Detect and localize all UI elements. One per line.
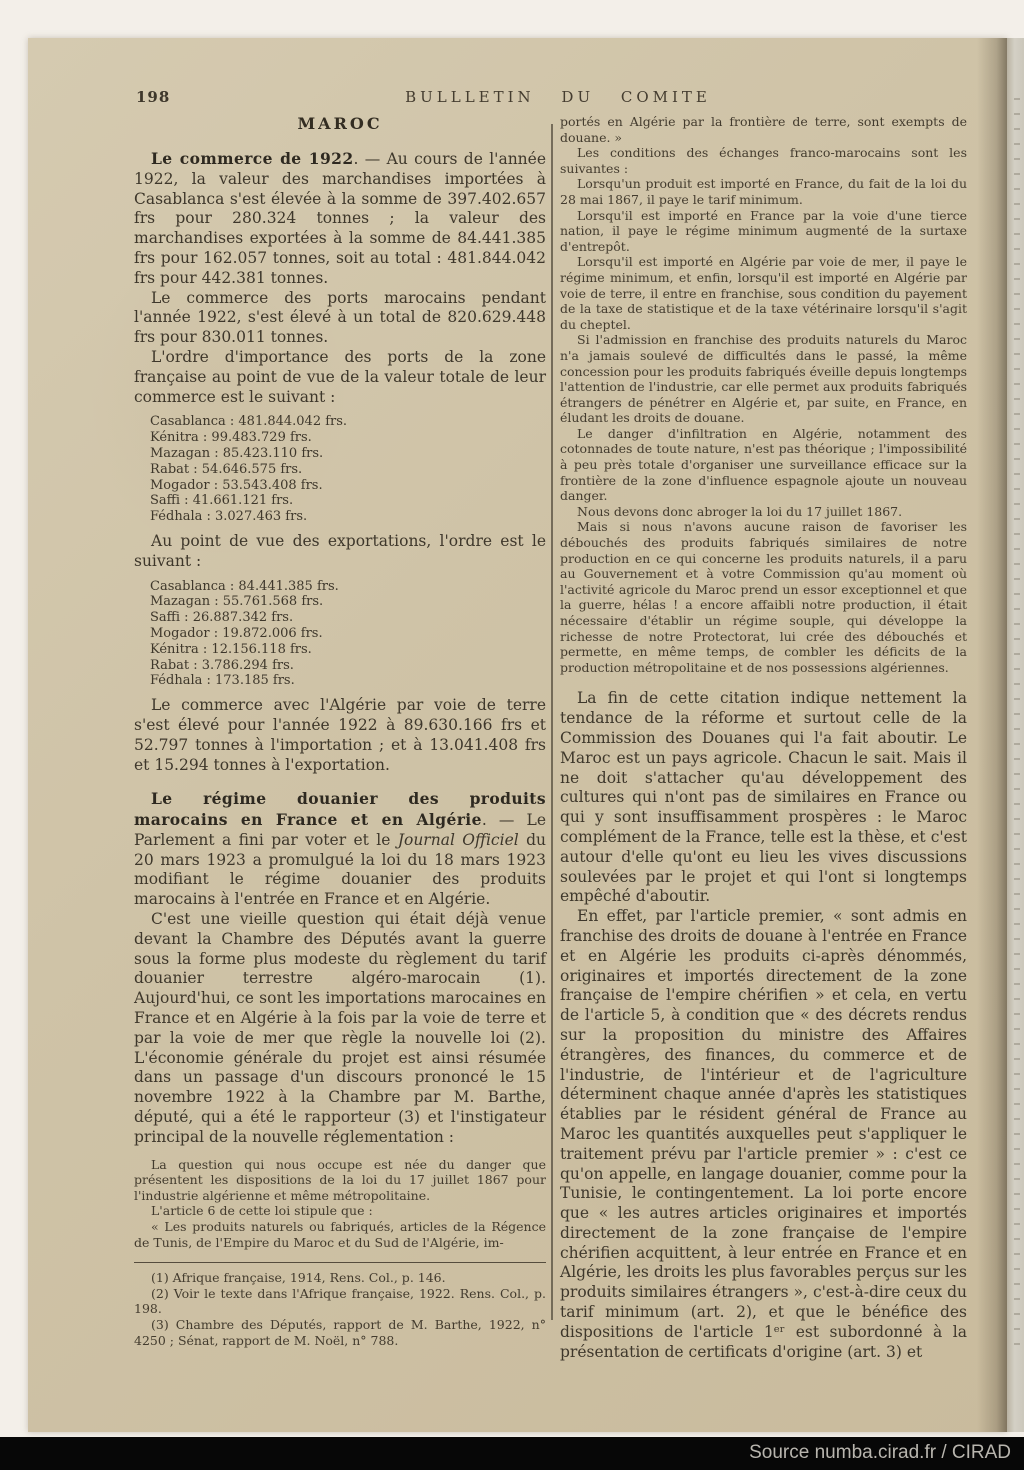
quote-paragraph: Nous devons donc abroger la loi du 17 ju… [560,504,967,520]
paragraph-commerce-algerie: Le commerce avec l'Algérie par voie de t… [134,696,546,775]
paragraph-ports-total: Le commerce des ports marocains pendant … [134,289,546,348]
paragraph-text: Le danger d'infiltration en Algérie, not… [560,426,967,503]
quote-paragraph: Les conditions des échanges franco-maroc… [560,145,967,176]
paragraph-text: Si l'admission en franchise des produits… [560,332,967,425]
port-list-item: Mogador : 53.543.408 frs. [150,478,546,494]
paragraph-text: En effet, par l'article premier, « sont … [560,907,967,1361]
quote-paragraph: Lorsqu'il est importé en France par la v… [560,208,967,255]
quote-paragraph: Lorsqu'un produit est importé en France,… [560,176,967,207]
port-list-item: Rabat : 54.646.575 frs. [150,462,546,478]
paragraph-lead: Le commerce de 1922 [151,149,354,168]
scanned-page: 198 BULLLETIN DU COMITE MAROC Le commerc… [28,38,1007,1432]
paragraph-text: La fin de cette citation indique netteme… [560,689,967,905]
quote-paragraph: Mais si nous n'avons aucune raison de fa… [560,519,967,675]
quote-paragraph: L'article 6 de cette loi stipule que : [134,1203,546,1219]
quoted-speech-block: La question qui nous occupe est née du d… [134,1157,546,1251]
port-list-item: Kénitra : 12.156.118 frs. [150,642,546,658]
paragraph-text: Au point de vue des exportations, l'ordr… [134,532,546,570]
binding-gutter-shadow [977,38,1007,1432]
source-attribution-bar: Source numba.cirad.fr / CIRAD [0,1437,1024,1470]
quote-paragraph: Lorsqu'il est importé en Algérie par voi… [560,254,967,332]
port-list-item: Rabat : 3.786.294 frs. [150,658,546,674]
paragraph-exportations: Au point de vue des exportations, l'ordr… [134,532,546,572]
footnote-separator [134,1262,546,1263]
paragraph-text: Le commerce des ports marocains pendant … [134,289,546,347]
paragraph-text: Les conditions des échanges franco-maroc… [560,145,967,176]
port-list-item: Casablanca : 481.844.042 frs. [150,414,546,430]
port-list-item: Mazagan : 85.423.110 frs. [150,446,546,462]
port-list-item: Mazagan : 55.761.568 frs. [150,594,546,610]
footnote: (1) Afrique française, 1914, Rens. Col.,… [134,1270,546,1286]
paragraph-regime-douanier: Le régime douanier des produits marocain… [134,789,546,910]
paragraph-text: Nous devons donc abroger la loi du 17 ju… [577,504,902,519]
port-list-item: Fédhala : 3.027.463 frs. [150,509,546,525]
quote-paragraph: Si l'admission en franchise des produits… [560,332,967,426]
quote-paragraph: « Les produits naturels ou fabriqués, ar… [134,1219,546,1250]
paragraph-text: Mais si nous n'avons aucune raison de fa… [560,519,967,674]
adjacent-page-text-bleed [1014,98,1020,1358]
footnote: (3) Chambre des Députés, rapport de M. B… [134,1317,546,1348]
paragraph-text: « Les produits naturels ou fabriqués, ar… [134,1219,546,1250]
paragraph-text: portés en Algérie par la frontière de te… [560,114,967,145]
right-column: portés en Algérie par la frontière de te… [560,114,967,1362]
port-list-item: Mogador : 19.872.006 frs. [150,626,546,642]
paragraph-text: L'ordre d'importance des ports de la zon… [134,348,546,406]
paragraph-text: La question qui nous occupe est née du d… [134,1157,546,1203]
journal-title: BULLLETIN DU COMITE [278,88,838,106]
paragraph-text: Lorsqu'un produit est importé en France,… [560,176,967,207]
port-list-item: Kénitra : 99.483.729 frs. [150,430,546,446]
port-list-exports: Casablanca : 84.441.385 frs. Mazagan : 5… [150,579,546,690]
paragraph-text: Lorsqu'il est importé en France par la v… [560,208,967,254]
paragraph-article-premier: En effet, par l'article premier, « sont … [560,907,967,1362]
left-column: MAROC Le commerce de 1922. — Au cours de… [134,110,546,1348]
port-list-item: Saffi : 41.661.121 frs. [150,493,546,509]
quote-paragraph: Le danger d'infiltration en Algérie, not… [560,426,967,504]
page-number: 198 [136,88,170,106]
paragraph-fin-citation: La fin de cette citation indique netteme… [560,689,967,907]
column-divider [551,124,553,1320]
paragraph-text: C'est une vieille question qui était déj… [134,910,546,1146]
port-list-item: Fédhala : 173.185 frs. [150,673,546,689]
paragraph-vieille-question: C'est une vieille question qui était déj… [134,910,546,1148]
section-title-maroc: MAROC [134,114,546,133]
quote-paragraph: portés en Algérie par la frontière de te… [560,114,967,145]
port-list-commerce: Casablanca : 481.844.042 frs. Kénitra : … [150,414,546,525]
paragraph-text: Le commerce avec l'Algérie par voie de t… [134,696,546,773]
port-list-item: Saffi : 26.887.342 frs. [150,610,546,626]
paragraph-ordre-importance: L'ordre d'importance des ports de la zon… [134,348,546,407]
adjacent-page-edge [1007,38,1024,1432]
journal-officiel-italic: Journal Officiel [398,831,519,849]
paragraph-commerce-1922: Le commerce de 1922. — Au cours de l'ann… [134,149,546,289]
paragraph-text: L'article 6 de cette loi stipule que : [151,1203,373,1218]
port-list-item: Casablanca : 84.441.385 frs. [150,579,546,595]
footnote: (2) Voir le texte dans l'Afrique françai… [134,1286,546,1317]
quote-paragraph: La question qui nous occupe est née du d… [134,1157,546,1204]
paragraph-text: Lorsqu'il est importé en Algérie par voi… [560,254,967,331]
paragraph-text: . — Au cours de l'année 1922, la valeur … [134,150,546,287]
source-attribution: Source numba.cirad.fr / CIRAD [749,1437,1011,1470]
